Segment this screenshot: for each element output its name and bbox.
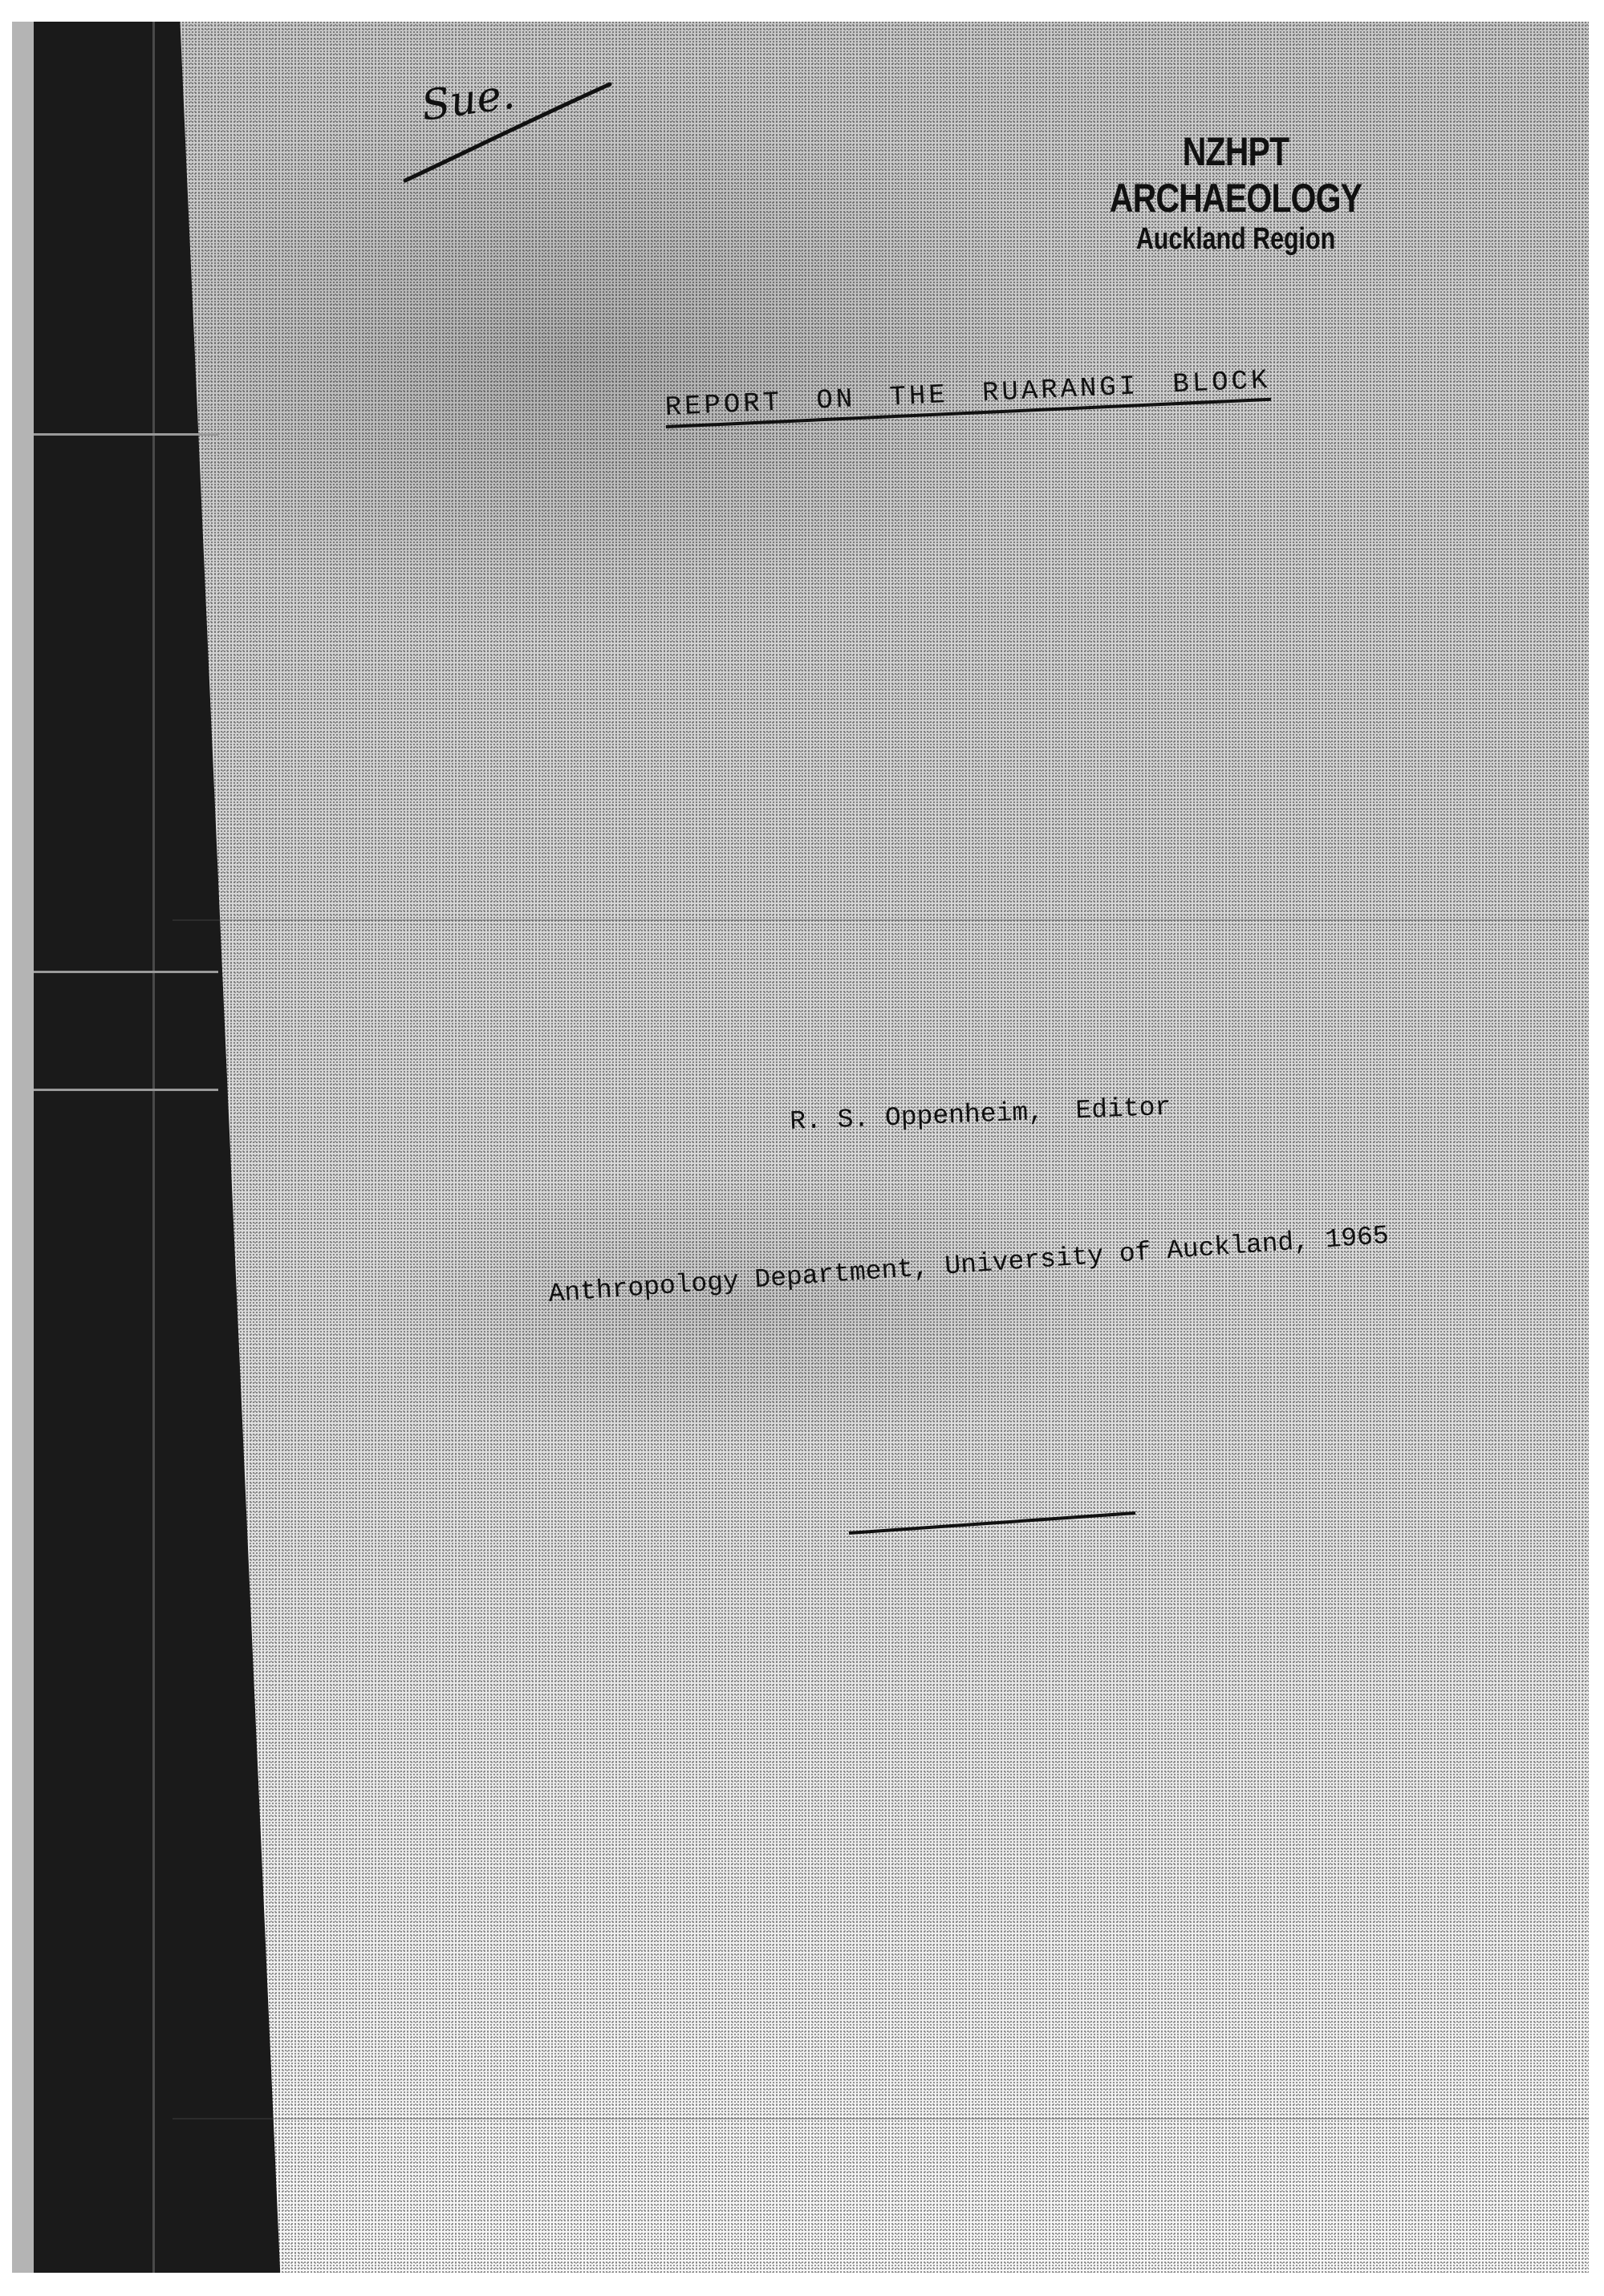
stamp-title: NZHPT ARCHAEOLOGY — [1074, 128, 1397, 221]
spine-line — [152, 22, 155, 2273]
stamp-subtitle: Auckland Region — [1078, 221, 1393, 257]
archive-stamp: NZHPT ARCHAEOLOGY Auckland Region — [1039, 128, 1432, 257]
spine-crease — [34, 1089, 218, 1091]
page-edge — [12, 22, 34, 2273]
fold-line — [173, 919, 1589, 921]
fold-line — [173, 2118, 1589, 2120]
spine-crease — [34, 433, 218, 436]
spine-crease — [34, 971, 218, 973]
scanned-page — [12, 22, 1589, 2273]
